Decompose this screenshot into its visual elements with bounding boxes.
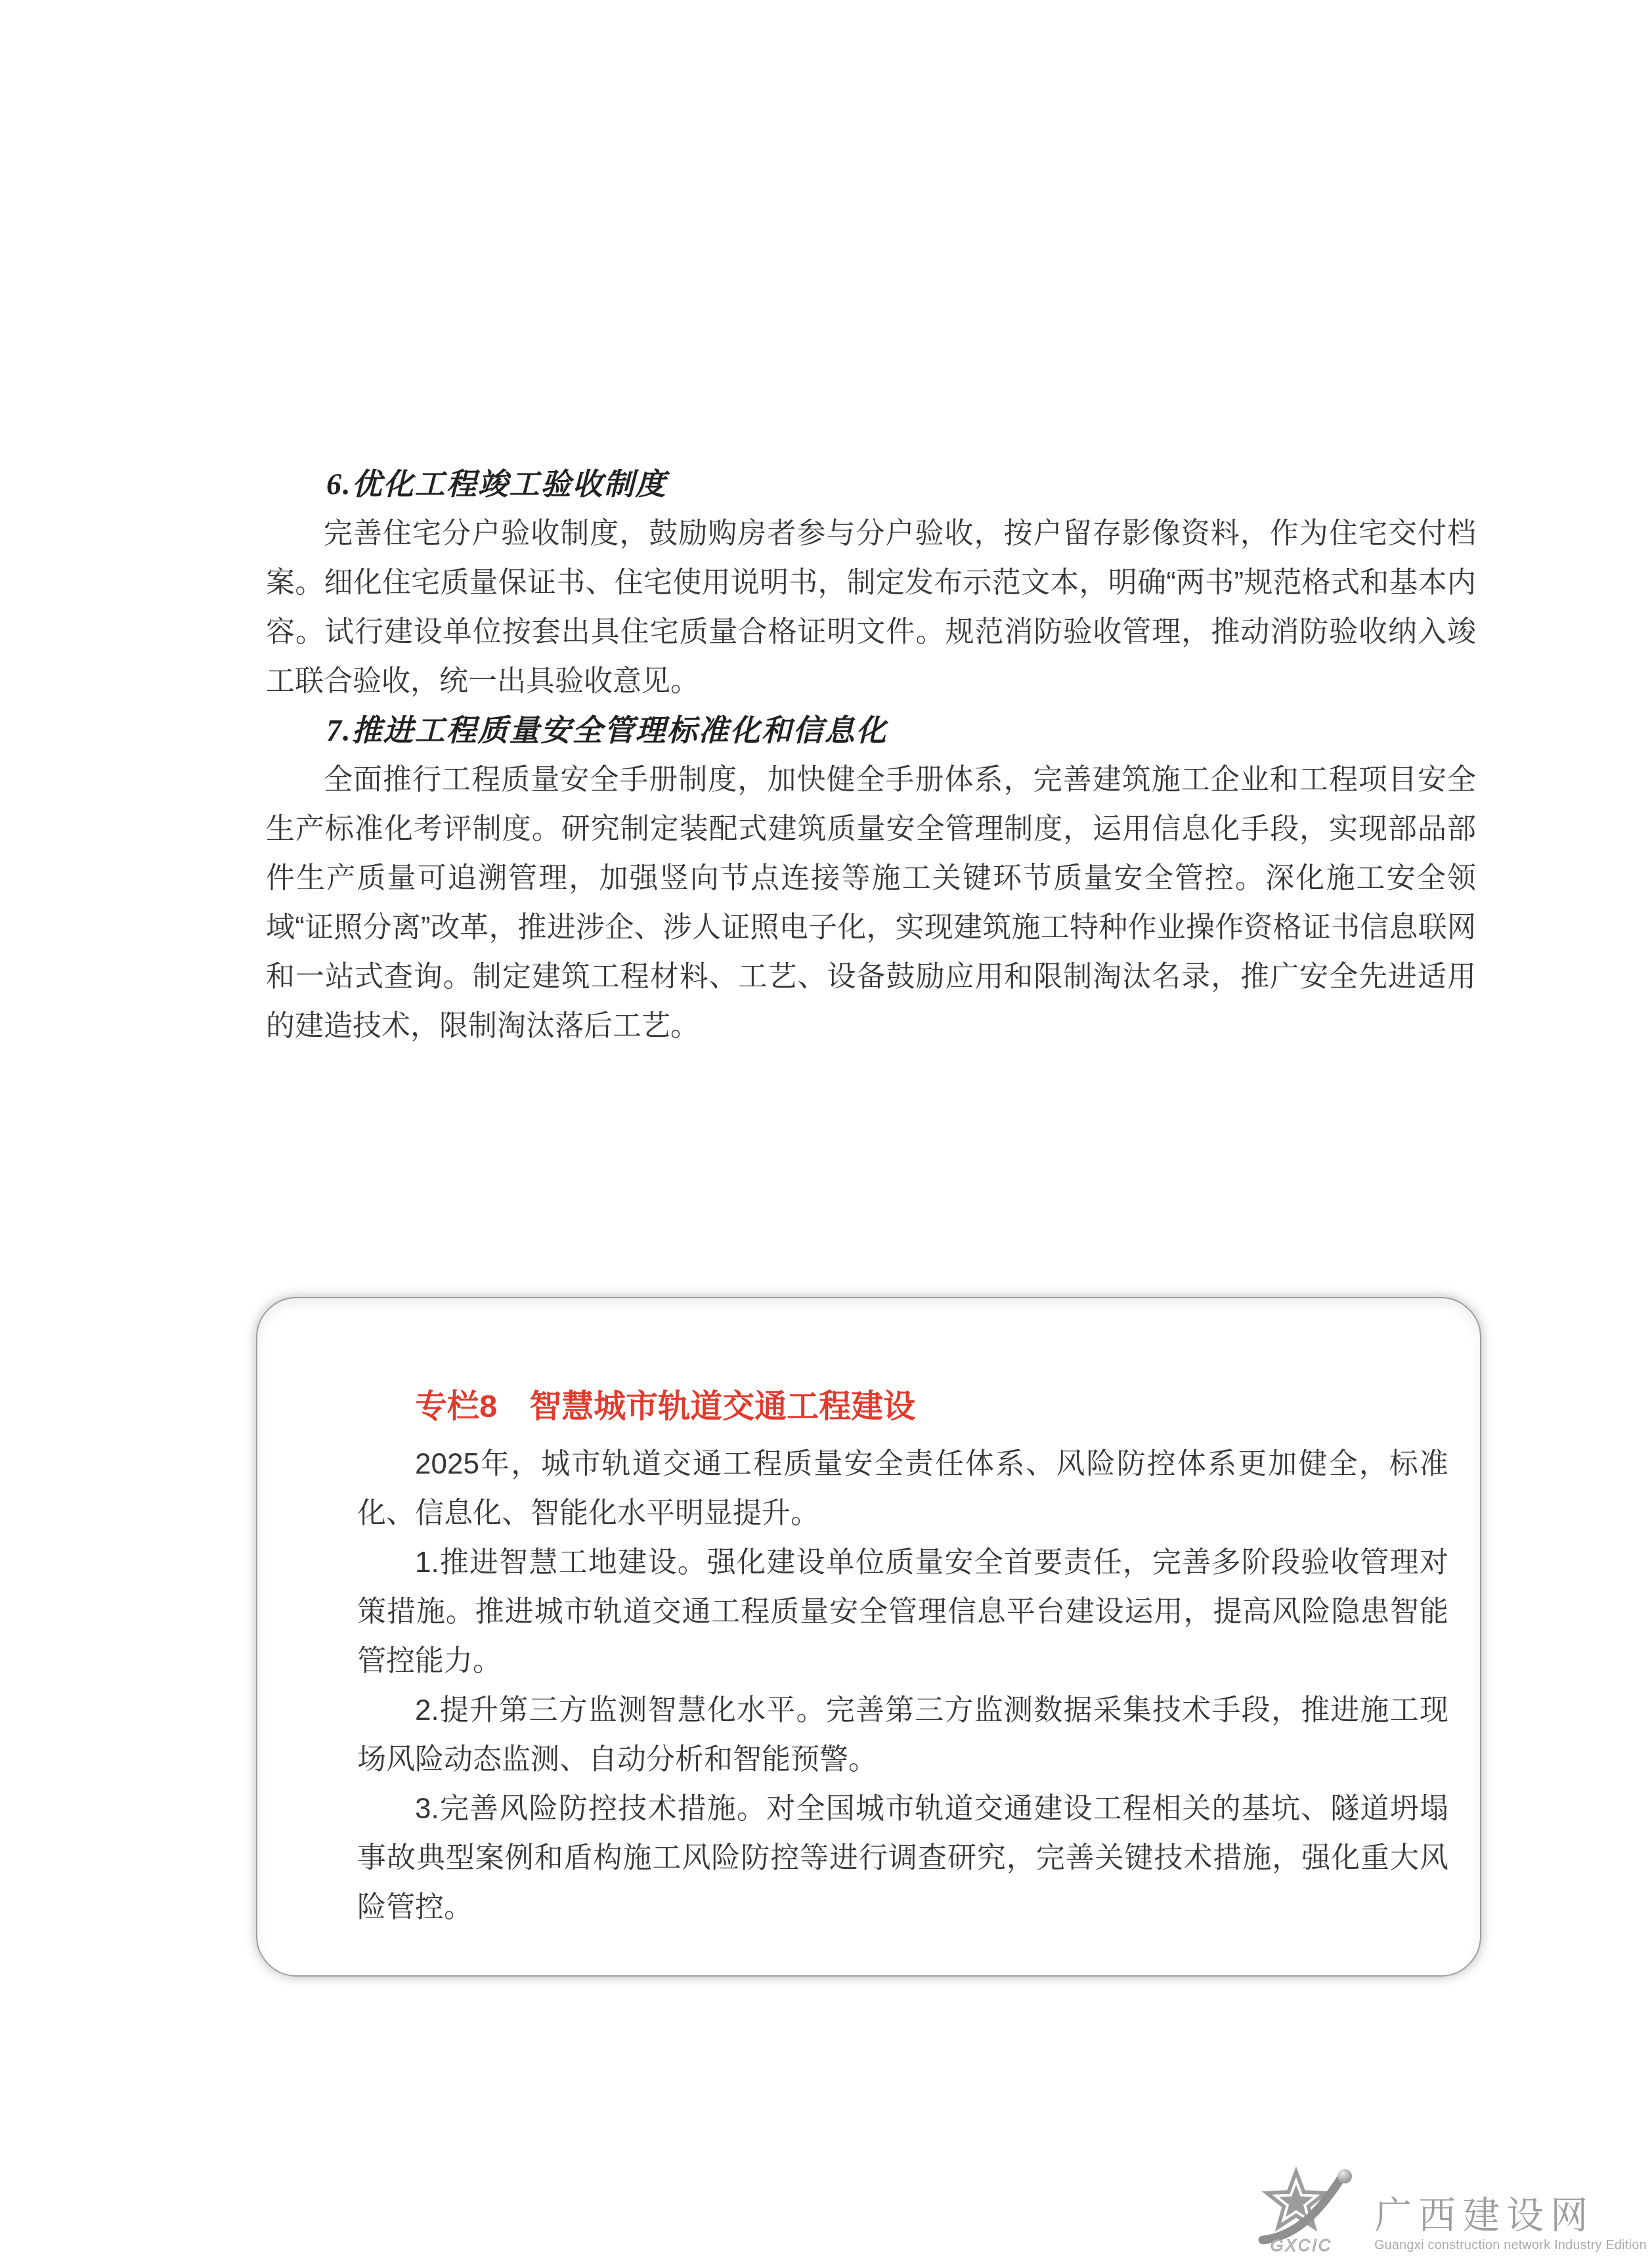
column-box-paragraph: 3.完善风险防控技术措施。对全国城市轨道交通建设工程相关的基坑、隧道坍塌事故典型…	[357, 1784, 1448, 1932]
paragraph-section-6: 完善住宅分户验收制度，鼓励购房者参与分户验收，按户留存影像资料，作为住宅交付档案…	[266, 509, 1476, 706]
column-box-zhuanlan-8: 专栏8 智慧城市轨道交通工程建设 2025年，城市轨道交通工程质量安全责任体系、…	[256, 1297, 1481, 1977]
section-heading-7: 7.推进工程质量安全管理标准化和信息化	[266, 706, 1476, 755]
document-body: 6.优化工程竣工验收制度 完善住宅分户验收制度，鼓励购房者参与分户验收，按户留存…	[266, 460, 1476, 1051]
logo-text-block: 广西建设网 Guangxi construction network Indus…	[1374, 2197, 1647, 2254]
logo-name: 广西建设网	[1374, 2197, 1647, 2236]
paragraph-section-7: 全面推行工程质量安全手册制度，加快健全手册体系，完善建筑施工企业和工程项目安全生…	[266, 755, 1476, 1051]
column-box-paragraph: 1.推进智慧工地建设。强化建设单位质量安全首要责任，完善多阶段验收管理对策措施。…	[357, 1538, 1448, 1686]
column-box-paragraph: 2025年，城市轨道交通工程质量安全责任体系、风险防控体系更加健全，标准化、信息…	[357, 1439, 1448, 1538]
column-box-title: 专栏8 智慧城市轨道交通工程建设	[357, 1382, 1448, 1432]
gxcic-label: GXCIC	[1271, 2237, 1332, 2254]
section-heading-6: 6.优化工程竣工验收制度	[266, 460, 1476, 509]
document-page: 6.优化工程竣工验收制度 完善住宅分户验收制度，鼓励购房者参与分户验收，按户留存…	[0, 0, 1652, 2257]
logo-subtitle: Guangxi construction network Industry Ed…	[1374, 2238, 1647, 2253]
site-logo: GXCIC 广西建设网 Guangxi construction network…	[1252, 2164, 1647, 2254]
column-box-paragraph: 2.提升第三方监测智慧化水平。完善第三方监测数据采集技术手段，推进施工现场风险动…	[357, 1686, 1448, 1784]
star-swoosh-icon: GXCIC	[1252, 2164, 1368, 2254]
